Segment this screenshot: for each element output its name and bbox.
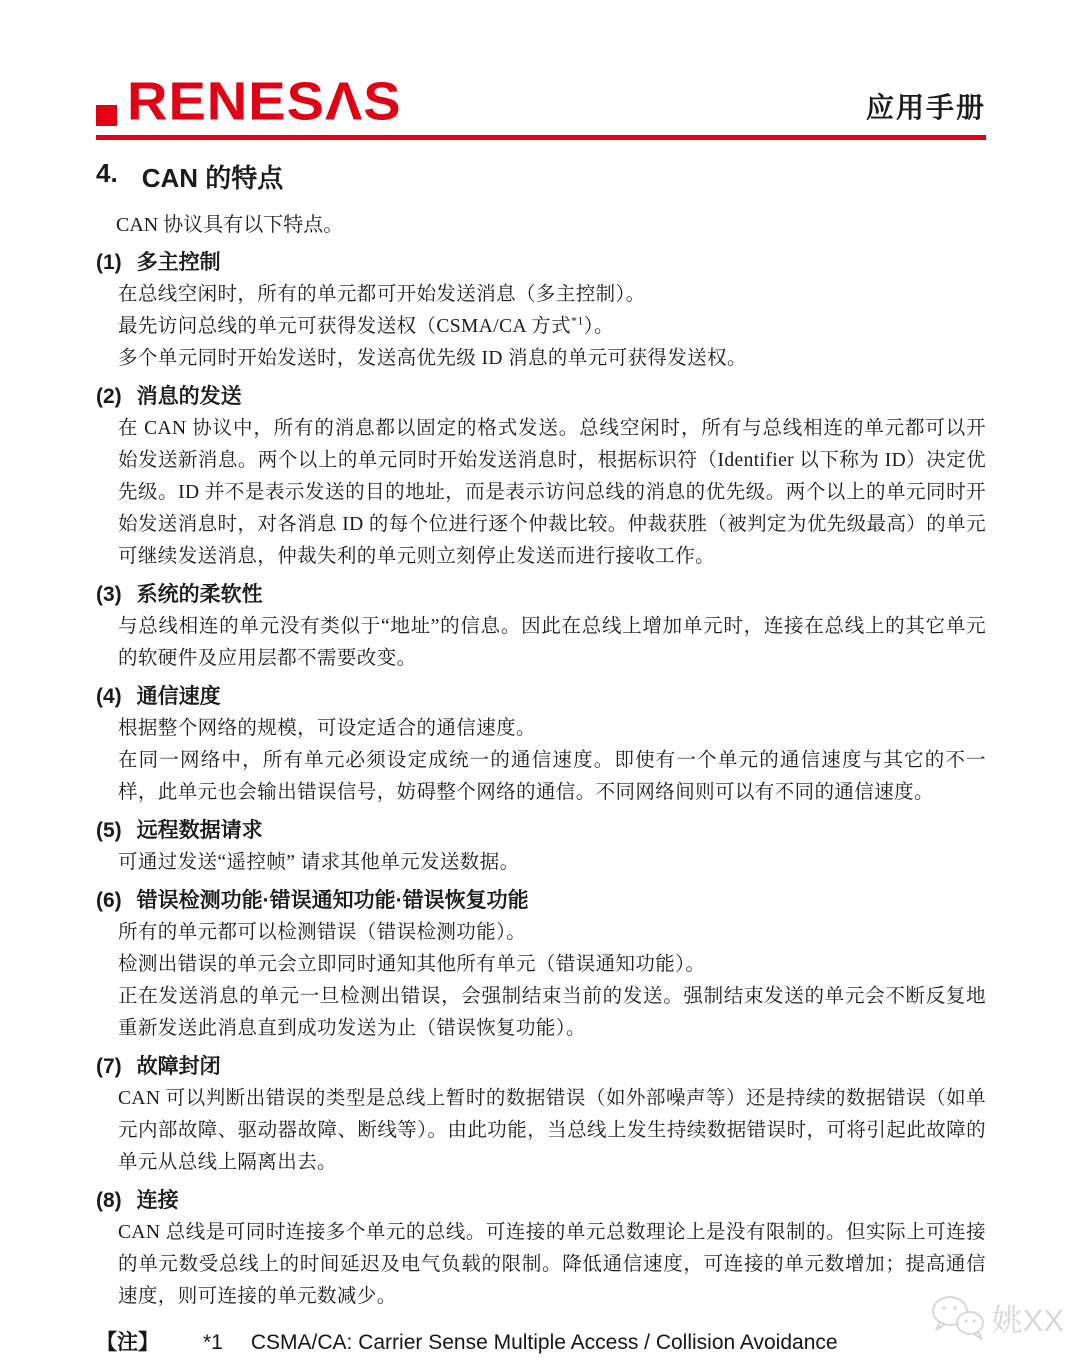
section-number: (3) (96, 579, 122, 610)
paragraph: 可通过发送“遥控帧” 请求其他单元发送数据。 (96, 847, 986, 879)
feature-sections: (1)多主控制在总线空闲时，所有的单元都可开始发送消息（多主控制）。最先访问总线… (96, 247, 986, 1313)
watermark-text: 姚XX (992, 1295, 1064, 1340)
section-heading: (8)连接 (96, 1185, 986, 1216)
paragraph: CAN 总线是可同时连接多个单元的总线。可连接的单元总数理论上是没有限制的。但实… (96, 1217, 986, 1313)
section-title: 系统的柔软性 (137, 579, 263, 610)
feature-section: (3)系统的柔软性与总线相连的单元没有类似于“地址”的信息。因此在总线上增加单元… (96, 579, 986, 675)
section-title: 连接 (137, 1185, 179, 1216)
section-title: 故障封闭 (137, 1051, 221, 1082)
section-heading: (2)消息的发送 (96, 381, 986, 412)
section-title: 错误检测功能·错误通知功能·错误恢复功能 (137, 885, 529, 916)
section-heading: (5)远程数据请求 (96, 815, 986, 846)
wechat-icon (928, 1292, 988, 1342)
section-number: (1) (96, 247, 122, 278)
renesas-logo: RENESΛS (96, 72, 402, 128)
section-title: 多主控制 (137, 247, 221, 278)
feature-section: (2)消息的发送在 CAN 协议中，所有的消息都以固定的格式发送。总线空闲时，所… (96, 381, 986, 573)
paragraph: 在同一网络中，所有单元必须设定成统一的通信速度。即使有一个单元的通信速度与其它的… (96, 745, 986, 809)
footnote-label: 【注】 (96, 1326, 159, 1356)
feature-section: (6)错误检测功能·错误通知功能·错误恢复功能所有的单元都可以检测错误（错误检测… (96, 885, 986, 1045)
section-number: (5) (96, 815, 122, 846)
section-heading: (3)系统的柔软性 (96, 579, 986, 610)
section-heading: (4)通信速度 (96, 681, 986, 712)
logo-square-icon (96, 105, 117, 126)
section-number: (6) (96, 885, 122, 916)
page-title-number: 4. (96, 158, 118, 195)
feature-section: (7)故障封闭CAN 可以判断出错误的类型是总线上暂时的数据错误（如外部噪声等）… (96, 1051, 986, 1179)
footnote-text: CSMA/CA: Carrier Sense Multiple Access /… (251, 1331, 838, 1355)
paragraph: 正在发送消息的单元一旦检测出错误，会强制结束当前的发送。强制结束发送的单元会不断… (96, 981, 986, 1045)
section-number: (4) (96, 681, 122, 712)
document-page: RENESΛS 应用手册 4. CAN 的特点 CAN 协议具有以下特点。 (1… (0, 0, 1080, 1368)
feature-section: (4)通信速度根据整个网络的规模，可设定适合的通信速度。在同一网络中，所有单元必… (96, 681, 986, 809)
section-number: (8) (96, 1185, 122, 1216)
paragraph: 所有的单元都可以检测错误（错误检测功能）。 (96, 917, 986, 949)
section-heading: (1)多主控制 (96, 247, 986, 278)
section-number: (2) (96, 381, 122, 412)
paragraph: CAN 可以判断出错误的类型是总线上暂时的数据错误（如外部噪声等）还是持续的数据… (96, 1083, 986, 1179)
paragraph: 检测出错误的单元会立即同时通知其他所有单元（错误通知功能）。 (96, 949, 986, 981)
page-header: RENESΛS 应用手册 (0, 0, 1080, 140)
page-title-text: CAN 的特点 (142, 158, 284, 195)
logo-wordmark: RENESΛS (127, 74, 402, 128)
page-title: 4. CAN 的特点 (96, 158, 986, 195)
feature-section: (5)远程数据请求可通过发送“遥控帧” 请求其他单元发送数据。 (96, 815, 986, 879)
paragraph: 最先访问总线的单元可获得发送权（CSMA/CA 方式*1）。 (96, 311, 986, 343)
section-heading: (6)错误检测功能·错误通知功能·错误恢复功能 (96, 885, 986, 916)
footnote: 【注】 *1 CSMA/CA: Carrier Sense Multiple A… (96, 1326, 838, 1356)
document-body: 4. CAN 的特点 CAN 协议具有以下特点。 (1)多主控制在总线空闲时，所… (0, 140, 1080, 1313)
feature-section: (8)连接CAN 总线是可同时连接多个单元的总线。可连接的单元总数理论上是没有限… (96, 1185, 986, 1313)
watermark: 姚XX (928, 1292, 1064, 1342)
footnote-ref: *1 (203, 1331, 223, 1355)
section-title: 远程数据请求 (137, 815, 263, 846)
intro-paragraph: CAN 协议具有以下特点。 (96, 209, 986, 241)
section-title: 消息的发送 (137, 381, 242, 412)
section-number: (7) (96, 1051, 122, 1082)
doc-type-label: 应用手册 (866, 86, 986, 128)
feature-section: (1)多主控制在总线空闲时，所有的单元都可开始发送消息（多主控制）。最先访问总线… (96, 247, 986, 375)
paragraph: 在 CAN 协议中，所有的消息都以固定的格式发送。总线空闲时，所有与总线相连的单… (96, 413, 986, 573)
paragraph: 与总线相连的单元没有类似于“地址”的信息。因此在总线上增加单元时，连接在总线上的… (96, 611, 986, 675)
paragraph: 根据整个网络的规模，可设定适合的通信速度。 (96, 713, 986, 745)
paragraph: 多个单元同时开始发送时，发送高优先级 ID 消息的单元可获得发送权。 (96, 343, 986, 375)
paragraph: 在总线空闲时，所有的单元都可开始发送消息（多主控制）。 (96, 279, 986, 311)
section-heading: (7)故障封闭 (96, 1051, 986, 1082)
section-title: 通信速度 (137, 681, 221, 712)
